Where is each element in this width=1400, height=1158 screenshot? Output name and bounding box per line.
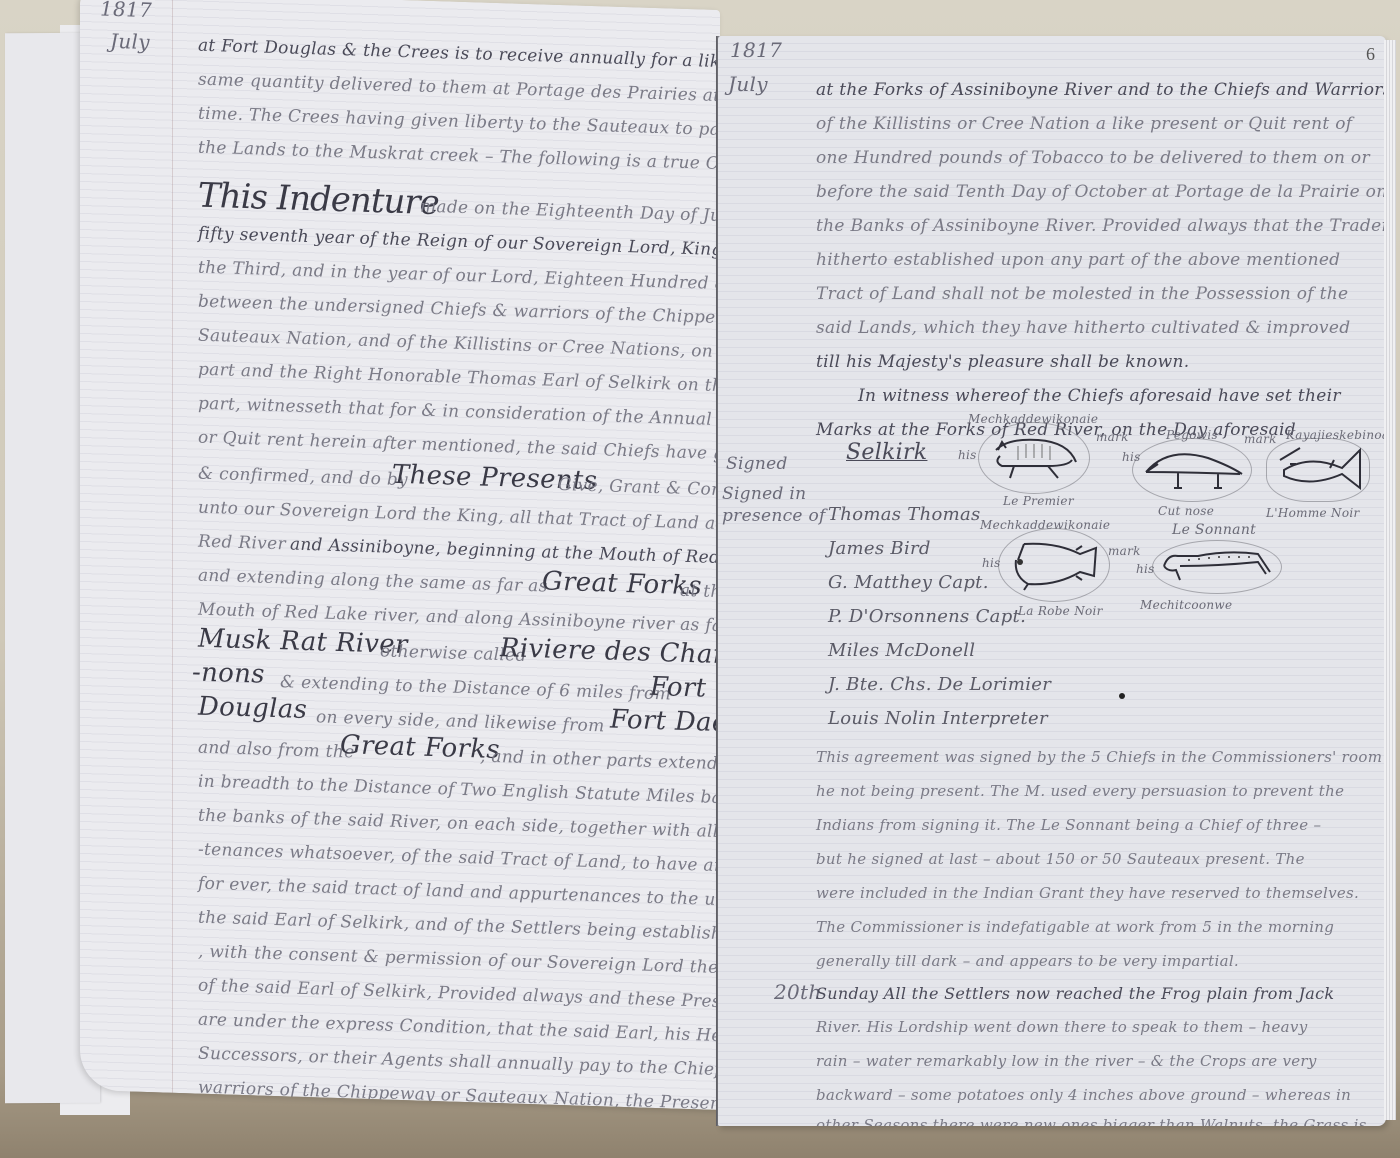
text-line: at Fort Douglas & the Crees is to receiv…: [198, 36, 720, 73]
text-line: warriors of the Chippeway or Sauteaux Na…: [198, 1078, 720, 1110]
signature-selkirk: Selkirk: [846, 440, 927, 465]
chief-french-name: L'Homme Noir: [1266, 506, 1360, 520]
witness-signature: Thomas Thomas: [828, 504, 981, 525]
text-line: and also from the: [198, 738, 354, 763]
text-line: are under the express Condition, that th…: [198, 1010, 720, 1048]
heading-douglas: Douglas: [198, 692, 307, 725]
text-line: unto our Sovereign Lord the King, all th…: [198, 498, 720, 537]
text-line: hitherto established upon any part of th…: [816, 250, 1340, 270]
presence-of-label: presence of: [722, 506, 826, 526]
text-line: for ever, the said tract of land and app…: [198, 874, 720, 912]
marten-totem-icon: [1138, 446, 1248, 494]
his-label: his: [958, 448, 977, 462]
text-line: and extending along the same as far as: [198, 566, 548, 597]
margin-year: 1817: [730, 38, 782, 62]
note-line: but he signed at last – about 150 or 50 …: [816, 850, 1305, 868]
text-line: , and in other parts extending: [480, 746, 720, 774]
text-line: time. The Crees having given liberty to …: [198, 104, 720, 141]
entry-line: other Seasons there were new ones bigger…: [816, 1116, 1367, 1126]
witness-signature: Miles McDonell: [828, 640, 975, 661]
ink-dot: [1118, 692, 1126, 700]
text-line: between the undersigned Chiefs & warrior…: [198, 292, 720, 330]
text-line: Tract of Land shall not be molested in t…: [816, 284, 1348, 304]
text-line: of the Killistins or Cree Nation a like …: [816, 114, 1352, 134]
signed-in-label: Signed in: [722, 484, 806, 504]
note-line: were included in the Indian Grant they h…: [816, 884, 1359, 902]
text-line: the Banks of Assiniboyne River. Provided…: [816, 216, 1386, 236]
note-line: Indians from signing it. The Le Sonnant …: [816, 816, 1321, 834]
witness-signature: G. Matthey Capt.: [828, 572, 989, 593]
text-line: -tenances whatsoever, of the said Tract …: [198, 840, 720, 879]
heading-great-forks: Great Forks: [542, 566, 702, 601]
text-line: In witness whereof the Chiefs aforesaid …: [858, 386, 1341, 406]
text-line: before the said Tenth Day of October at …: [816, 182, 1386, 202]
text-line: , with the consent & permission of our S…: [198, 942, 720, 981]
entry-line: River. His Lordship went down there to s…: [816, 1018, 1307, 1036]
left-page: 1817 July at Fort Douglas & the Crees is…: [80, 0, 720, 1110]
margin-year: 1817: [100, 0, 152, 22]
text-line: part, witnesseth that for & in considera…: [198, 394, 720, 432]
fish-totem-icon: [1270, 440, 1366, 496]
text-line: in breadth to the Distance of Two Englis…: [198, 772, 720, 811]
text-line: the banks of the said River, on each sid…: [198, 806, 720, 845]
chief-french-name: Cut nose: [1158, 504, 1214, 518]
entry-line: rain – water remarkably low in the river…: [816, 1052, 1317, 1070]
text-line: & extending to the Distance of 6 miles f…: [280, 672, 671, 704]
text-line: the said Earl of Selkirk, and of the Set…: [198, 908, 720, 948]
mark-label: mark: [1108, 544, 1141, 558]
witness-signature: Louis Nolin Interpreter: [828, 708, 1048, 729]
text-line: of the said Earl of Selkirk, Provided al…: [198, 976, 720, 1014]
text-line: & confirmed, and do by: [198, 464, 408, 491]
witness-signature: J. Bte. Chs. De Lorimier: [828, 674, 1051, 695]
text-line: at the Forks of Assiniboyne River and to…: [816, 80, 1386, 100]
chief-french-name: Mechitcoonwe: [1140, 598, 1232, 612]
text-line: Give, Grant & Confirm: [558, 475, 720, 501]
catfish-totem-icon: [1006, 536, 1102, 594]
text-line: made on the Eighteenth Day of July in th…: [420, 197, 720, 229]
text-line: one Hundred pounds of Tobacco to be deli…: [816, 148, 1370, 168]
heading-great-forks-2: Great Forks: [340, 730, 500, 765]
text-line: till his Majesty's pleasure shall be kno…: [816, 352, 1189, 372]
entry-date: 20th: [774, 980, 822, 1004]
text-line: same quantity delivered to them at Porta…: [198, 70, 720, 107]
text-line: Successors, or their Agents shall annual…: [198, 1044, 720, 1082]
text-line: fifty seventh year of the Reign of our S…: [198, 224, 720, 263]
page-number: 6: [1366, 44, 1375, 65]
heading-fort: Fort: [650, 672, 706, 704]
chief-native-name: Le Sonnant: [1172, 522, 1256, 538]
text-line: said Lands, which they have hitherto cul…: [816, 318, 1350, 338]
chief-french-name: Le Premier: [1003, 494, 1074, 508]
entry-line: backward – some potatoes only 4 inches a…: [816, 1086, 1351, 1104]
mark-label: mark: [1096, 430, 1129, 444]
text-line: the Third, and in the year of our Lord, …: [198, 258, 720, 298]
lizard-totem-icon: [1158, 544, 1276, 588]
note-line: This agreement was signed by the 5 Chief…: [816, 748, 1382, 766]
margin-rule: [172, 0, 173, 1093]
text-line: and Assiniboyne, beginning at the Mouth …: [290, 534, 720, 569]
witness-signature: P. D'Orsonnens Capt.: [828, 606, 1026, 627]
right-page: 1817 July 6 at the Forks of Assiniboyne …: [718, 36, 1386, 1126]
heading-this-indenture: This Indenture: [198, 176, 439, 224]
text-line: the Lands to the Muskrat creek – The fol…: [198, 138, 720, 175]
text-line: at the: [680, 581, 720, 603]
note-line: generally till dark – and appears to be …: [816, 952, 1239, 970]
margin-month: July: [728, 72, 768, 96]
text-line: Sauteaux Nation, and of the Killistins o…: [198, 326, 720, 364]
text-line: part and the Right Honorable Thomas Earl…: [198, 360, 720, 399]
heading-nons: -nons: [192, 657, 265, 689]
chief-french-name: La Robe Noir: [1018, 604, 1103, 618]
entry-line: Sunday All the Settlers now reached the …: [816, 984, 1334, 1003]
note-line: he not being present. The M. used every …: [816, 782, 1344, 800]
witness-signature: James Bird: [828, 538, 931, 559]
heading-riviere-des-champignons: Riviere des Champig-: [500, 633, 720, 672]
margin-month: July: [110, 29, 150, 54]
note-line: The Commissioner is indefatigable at wor…: [816, 918, 1334, 936]
page-edges: [1384, 40, 1396, 1120]
beaver-totem-icon: [988, 432, 1080, 484]
heading-fort-daer: Fort Daer: [610, 705, 720, 739]
heading-musk-rat-river: Musk Rat River: [198, 624, 408, 661]
text-line: Red River: [198, 532, 286, 555]
signed-label: Signed: [726, 454, 788, 474]
